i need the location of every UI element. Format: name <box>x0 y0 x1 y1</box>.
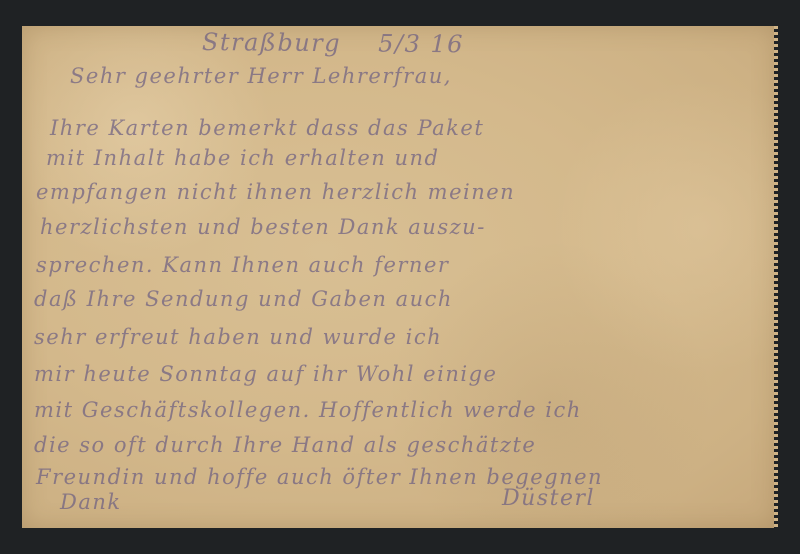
perforated-edge <box>774 26 778 528</box>
letter-line-10: die so oft durch Ihre Hand als geschätzt… <box>34 433 536 457</box>
letter-line-1: Ihre Karten bemerkt dass das Paket <box>50 116 484 140</box>
signature: Düsterl <box>502 486 595 511</box>
date: 5/3 16 <box>378 30 464 59</box>
place-and-date: Straßburg 5/3 16 <box>202 28 464 58</box>
salutation: Sehr geehrter Herr Lehrerfrau, <box>70 64 452 88</box>
letter-line-7: sehr erfreut haben und wurde ich <box>34 325 442 349</box>
letter-line-6: daß Ihre Sendung und Gaben auch <box>34 287 453 311</box>
letter-line-8: mir heute Sonntag auf ihr Wohl einige <box>34 362 497 386</box>
letter-line-5: sprechen. Kann Ihnen auch ferner <box>36 253 449 277</box>
letter-line-4: herzlichsten und besten Dank auszu- <box>40 215 486 239</box>
letter-line-2: mit Inhalt habe ich erhalten und <box>46 146 440 170</box>
place: Straßburg <box>202 28 341 57</box>
letter-line-9: mit Geschäftskollegen. Hoffentlich werde… <box>34 398 582 422</box>
closing: Dank <box>60 490 122 514</box>
letter-line-3: empfangen nicht ihnen herzlich meinen <box>36 180 515 204</box>
